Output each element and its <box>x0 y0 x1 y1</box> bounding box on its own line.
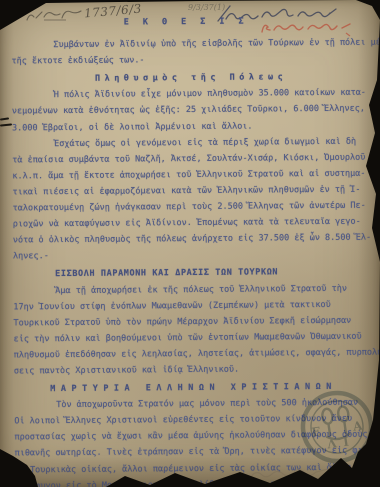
svg-text:Ι: Ι <box>342 435 350 450</box>
document-page: 1737/6/3 9/3/37(1) ΕΚΘΕΣΙΣ Συμβάντων ἐν … <box>0 0 380 487</box>
archive-stamp-elia-icon: Ε Λ Ι Α <box>299 389 375 465</box>
typed-line: πληθυσμοῦ ἐπεδόθησαν εἰς λεηλασίας, ληστ… <box>14 344 373 363</box>
margin-mark <box>0 123 12 126</box>
typed-line: τῆς ἔκτοτε ἐκδιώξεώς των.- <box>11 51 370 70</box>
typed-line: νότα ὁ ὁλικὸς πληθυσμὸς τῆς πόλεως ἀνήρχ… <box>13 230 372 249</box>
margin-mark <box>0 117 9 120</box>
photo-background: 1737/6/3 9/3/37(1) ΕΚΘΕΣΙΣ Συμβάντων ἐν … <box>0 0 380 487</box>
signature-scribble <box>248 466 340 486</box>
typed-line: σεις παντὸς Χριστιανικοῦ καὶ ἰδίᾳ Ἑλληνι… <box>14 361 373 380</box>
document-title: ΕΚΘΕΣΙΣ <box>11 13 370 32</box>
typed-line: νεμομένων κατὰ ἐθνότητας ὡς ἑξῆς: 25 χιλ… <box>12 101 371 120</box>
svg-text:Ε: Ε <box>311 424 322 439</box>
typed-line: Συμβάντων ἐν Ἀϊδινίῳ ὑπὸ τῆς εἰσβολῆς τῶ… <box>11 35 370 54</box>
typed-line: ληνες.- <box>13 246 372 265</box>
